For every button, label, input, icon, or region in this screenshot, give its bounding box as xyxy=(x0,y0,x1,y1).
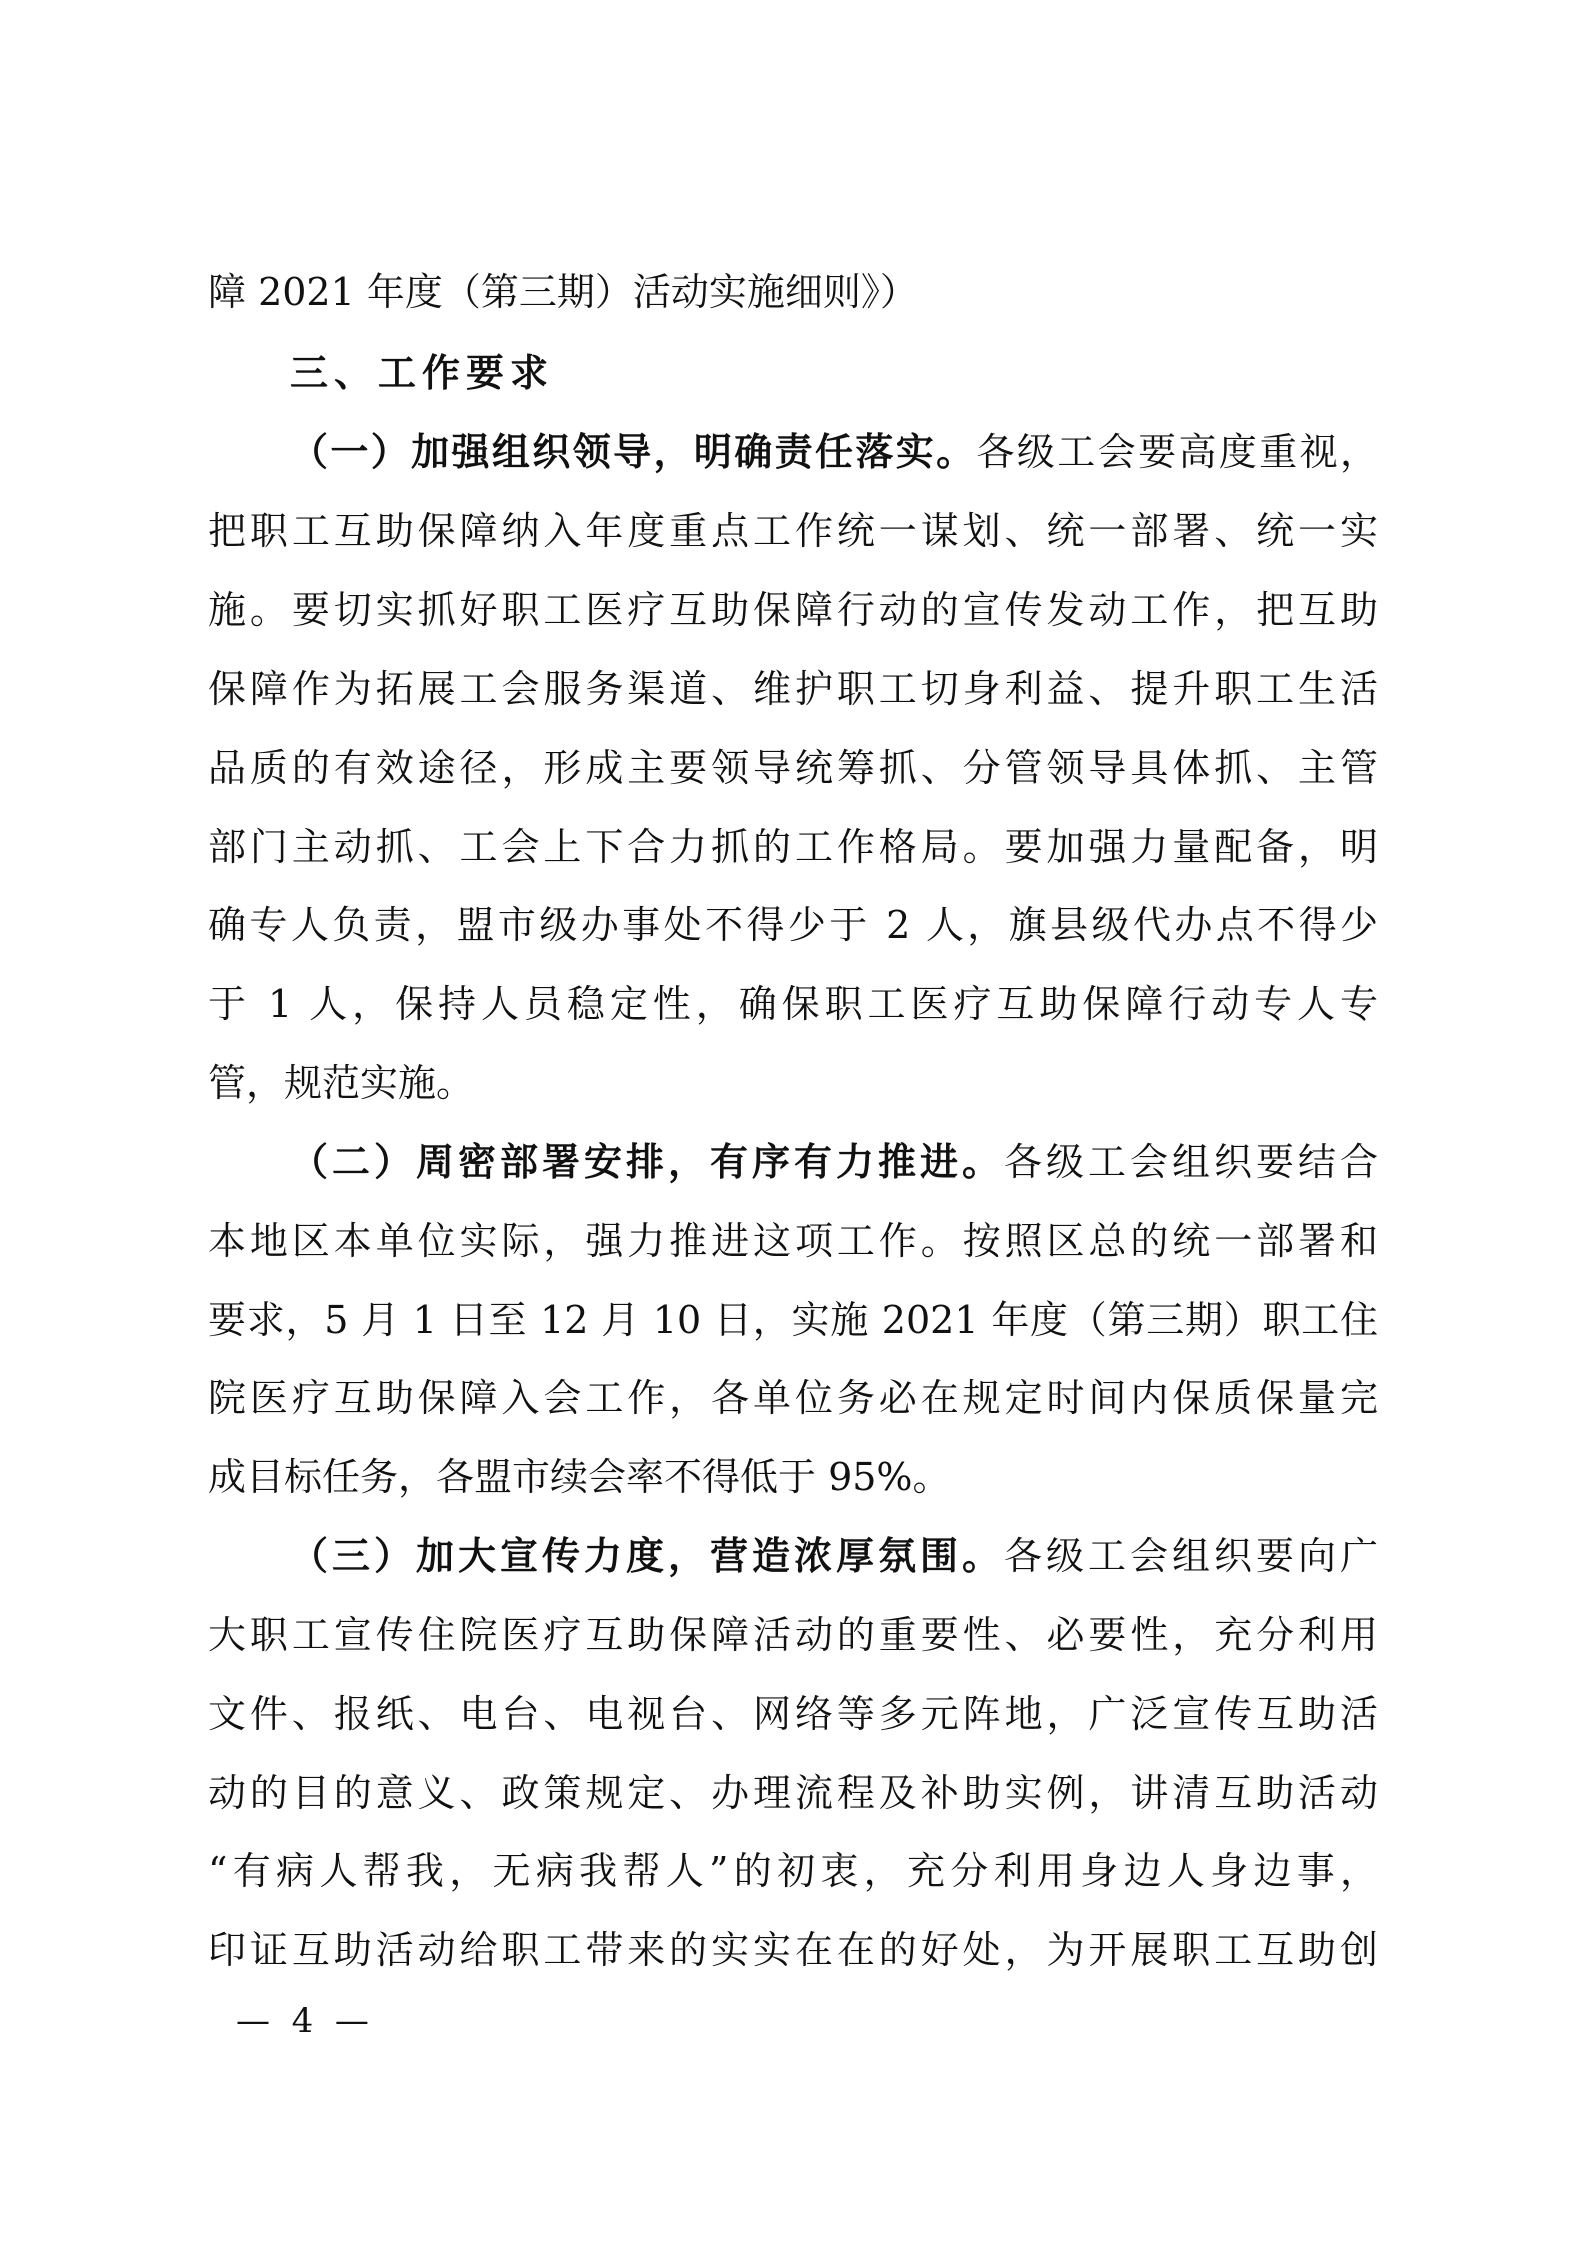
paragraph-1-title: （一）加强组织领导，明确责任落实。 xyxy=(290,430,977,474)
text-line-4: 把职工互助保障纳入年度重点工作统一谋划、统一部署、统一实 xyxy=(208,506,1378,556)
line-text: 文件、报纸、电台、电视台、网络等多元阵地，广泛宣传互助活 xyxy=(208,1692,1378,1736)
line-text: 大职工宣传住院医疗互助保障活动的重要性、必要性，充分利用 xyxy=(208,1613,1378,1657)
line-text: 印证互助活动给职工带来的实实在在的好处，为开展职工互助创 xyxy=(208,1928,1378,1972)
line-text: 确专人负责，盟市级办事处不得少于 2 人，旗县级代办点不得少 xyxy=(208,903,1378,947)
text-line-14: 要求，5 月 1 日至 12 月 10 日，实施 2021 年度（第三期）职工住 xyxy=(208,1295,1378,1345)
paragraph-3-lead-line: （三）加大宣传力度，营造浓厚氛围。各级工会组织要向广 xyxy=(290,1531,1378,1581)
line-text: 管，规范实施。 xyxy=(208,1061,474,1105)
text-line-11: 管，规范实施。 xyxy=(208,1058,1378,1108)
text-line-19: 文件、报纸、电台、电视台、网络等多元阵地，广泛宣传互助活 xyxy=(208,1689,1378,1739)
text-line-22: 印证互助活动给职工带来的实实在在的好处，为开展职工互助创 xyxy=(208,1925,1378,1975)
line-text: 各级工会组织要向广 xyxy=(1004,1534,1378,1578)
line-text: 本地区本单位实际，强力推进这项工作。按照区总的统一部署和 xyxy=(208,1219,1378,1263)
line-text: 动的目的意义、政策规定、办理流程及补助实例，讲清互助活动 xyxy=(208,1771,1378,1815)
paragraph-1-lead-line: （一）加强组织领导，明确责任落实。各级工会要高度重视， xyxy=(290,427,1378,477)
text-line-16: 成目标任务，各盟市续会率不得低于 95%。 xyxy=(208,1452,1378,1502)
section-heading: 三、工作要求 xyxy=(290,348,554,398)
text-line-7: 品质的有效途径，形成主要领导统筹抓、分管领导具体抓、主管 xyxy=(208,743,1378,793)
paragraph-3-title: （三）加大宣传力度，营造浓厚氛围。 xyxy=(290,1534,1004,1578)
paragraph-2-lead-line: （二）周密部署安排，有序有力推进。各级工会组织要结合 xyxy=(290,1137,1378,1187)
line-text: 各级工会要高度重视， xyxy=(977,430,1378,474)
text-line-13: 本地区本单位实际，强力推进这项工作。按照区总的统一部署和 xyxy=(208,1216,1378,1266)
text-line-20: 动的目的意义、政策规定、办理流程及补助实例，讲清互助活动 xyxy=(208,1768,1378,1818)
paragraph-2-title: （二）周密部署安排，有序有力推进。 xyxy=(290,1140,1004,1184)
text-line-21: “有病人帮我，无病我帮人”的初衷，充分利用身边人身边事， xyxy=(208,1846,1378,1896)
text-line-6: 保障作为拓展工会服务渠道、维护职工切身利益、提升职工生活 xyxy=(208,664,1378,714)
line-text: “有病人帮我，无病我帮人”的初衷，充分利用身边人身边事， xyxy=(208,1849,1378,1893)
text-line-18: 大职工宣传住院医疗互助保障活动的重要性、必要性，充分利用 xyxy=(208,1610,1378,1660)
text-line-5: 施。要切实抓好职工医疗互助保障行动的宣传发动工作，把互助 xyxy=(208,585,1378,635)
line-text: 成目标任务，各盟市续会率不得低于 95%。 xyxy=(208,1455,951,1499)
line-text: 院医疗互助保障入会工作，各单位务必在规定时间内保质保量完 xyxy=(208,1376,1378,1420)
line-text: 部门主动抓、工会上下合力抓的工作格局。要加强力量配备，明 xyxy=(208,825,1378,869)
line-text: 各级工会组织要结合 xyxy=(1004,1140,1378,1184)
line-text: 品质的有效途径，形成主要领导统筹抓、分管领导具体抓、主管 xyxy=(208,746,1378,790)
text-line-10: 于 1 人，保持人员稳定性，确保职工医疗互助保障行动专人专 xyxy=(208,979,1378,1029)
line-text: 施。要切实抓好职工医疗互助保障行动的宣传发动工作，把互助 xyxy=(208,588,1378,632)
line-text: 于 1 人，保持人员稳定性，确保职工医疗互助保障行动专人专 xyxy=(208,982,1378,1026)
line-text: 障 2021 年度（第三期）活动实施细则》） xyxy=(208,270,918,314)
text-line-1: 障 2021 年度（第三期）活动实施细则》） xyxy=(208,267,1378,317)
text-line-8: 部门主动抓、工会上下合力抓的工作格局。要加强力量配备，明 xyxy=(208,822,1378,872)
page-number: — 4 — xyxy=(236,1996,369,2046)
line-text: 把职工互助保障纳入年度重点工作统一谋划、统一部署、统一实 xyxy=(208,509,1378,553)
text-line-9: 确专人负责，盟市级办事处不得少于 2 人，旗县级代办点不得少 xyxy=(208,900,1378,950)
line-text: 保障作为拓展工会服务渠道、维护职工切身利益、提升职工生活 xyxy=(208,667,1378,711)
document-page: 障 2021 年度（第三期）活动实施细则》） 三、工作要求 （一）加强组织领导，… xyxy=(0,0,1587,2245)
text-line-15: 院医疗互助保障入会工作，各单位务必在规定时间内保质保量完 xyxy=(208,1373,1378,1423)
line-text: 要求，5 月 1 日至 12 月 10 日，实施 2021 年度（第三期）职工住 xyxy=(208,1298,1378,1342)
